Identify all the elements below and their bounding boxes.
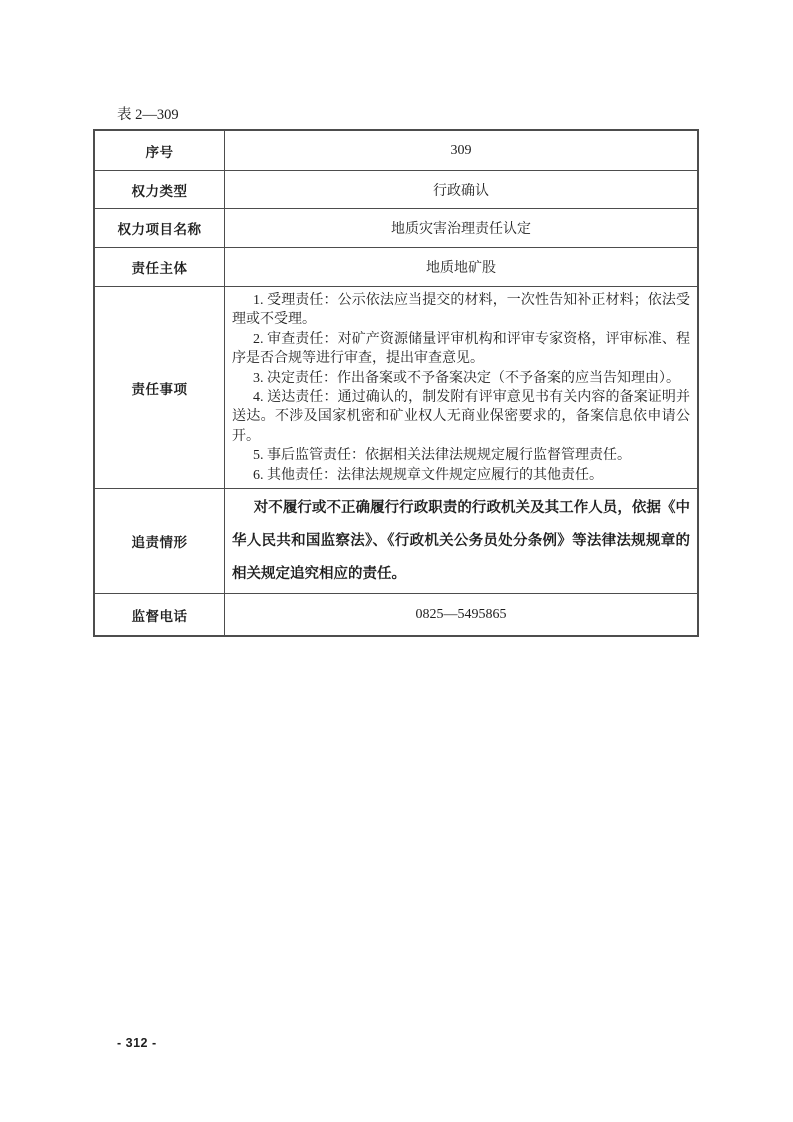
duty-item-1: 1. 受理责任：公示依法应当提交的材料，一次性告知补正材料；依法受理或不受理。: [232, 291, 690, 330]
row-value-project-name: 地质灾害治理责任认定: [225, 209, 697, 247]
row-label-phone: 监督电话: [95, 594, 225, 635]
row-label-accountability: 追责情形: [95, 489, 225, 593]
duty-item-6: 6. 其他责任：法律法规规章文件规定应履行的其他责任。: [232, 466, 690, 485]
table-row-phone: 监督电话 0825—5495865: [95, 593, 697, 635]
accountability-text: 对不履行或不正确履行行政职责的行政机关及其工作人员，依据《中华人民共和国监察法》…: [232, 492, 690, 591]
responsibility-table: 序号 309 权力类型 行政确认 权力项目名称 地质灾害治理责任认定 责任主体 …: [93, 129, 699, 637]
row-value-phone: 0825—5495865: [225, 594, 697, 635]
table-row-project-name: 权力项目名称 地质灾害治理责任认定: [95, 208, 697, 247]
duty-item-4: 4. 送达责任：通过确认的，制发附有评审意见书有关内容的备案证明并送达。不涉及国…: [232, 388, 690, 446]
duty-item-3: 3. 决定责任：作出备案或不予备案决定（不予备案的应当告知理由）。: [232, 369, 690, 388]
table-row-duty-items: 责任事项 1. 受理责任：公示依法应当提交的材料，一次性告知补正材料；依法受理或…: [95, 286, 697, 488]
duty-item-5: 5. 事后监管责任：依据相关法律法规规定履行监督管理责任。: [232, 446, 690, 465]
document-page: 表 2—309 序号 309 权力类型 行政确认 权力项目名称 地质灾害治理责任…: [0, 0, 793, 1122]
table-row-responsible-body: 责任主体 地质地矿股: [95, 247, 697, 286]
row-value-power-type: 行政确认: [225, 171, 697, 208]
row-value-serial: 309: [225, 131, 697, 170]
row-label-project-name: 权力项目名称: [95, 209, 225, 247]
table-caption: 表 2—309: [117, 103, 179, 124]
row-label-serial: 序号: [95, 131, 225, 170]
duty-item-2: 2. 审查责任：对矿产资源储量评审机构和评审专家资格，评审标准、程序是否合规等进…: [232, 330, 690, 369]
duty-items-cell: 1. 受理责任：公示依法应当提交的材料，一次性告知补正材料；依法受理或不受理。 …: [225, 287, 697, 488]
row-value-responsible-body: 地质地矿股: [225, 248, 697, 286]
page-number: - 312 -: [117, 1036, 157, 1050]
accountability-cell: 对不履行或不正确履行行政职责的行政机关及其工作人员，依据《中华人民共和国监察法》…: [225, 489, 697, 593]
table-row-power-type: 权力类型 行政确认: [95, 170, 697, 208]
row-label-duty-items: 责任事项: [95, 287, 225, 488]
row-label-responsible-body: 责任主体: [95, 248, 225, 286]
table-row-accountability: 追责情形 对不履行或不正确履行行政职责的行政机关及其工作人员，依据《中华人民共和…: [95, 488, 697, 593]
table-row-serial: 序号 309: [95, 131, 697, 170]
row-label-power-type: 权力类型: [95, 171, 225, 208]
